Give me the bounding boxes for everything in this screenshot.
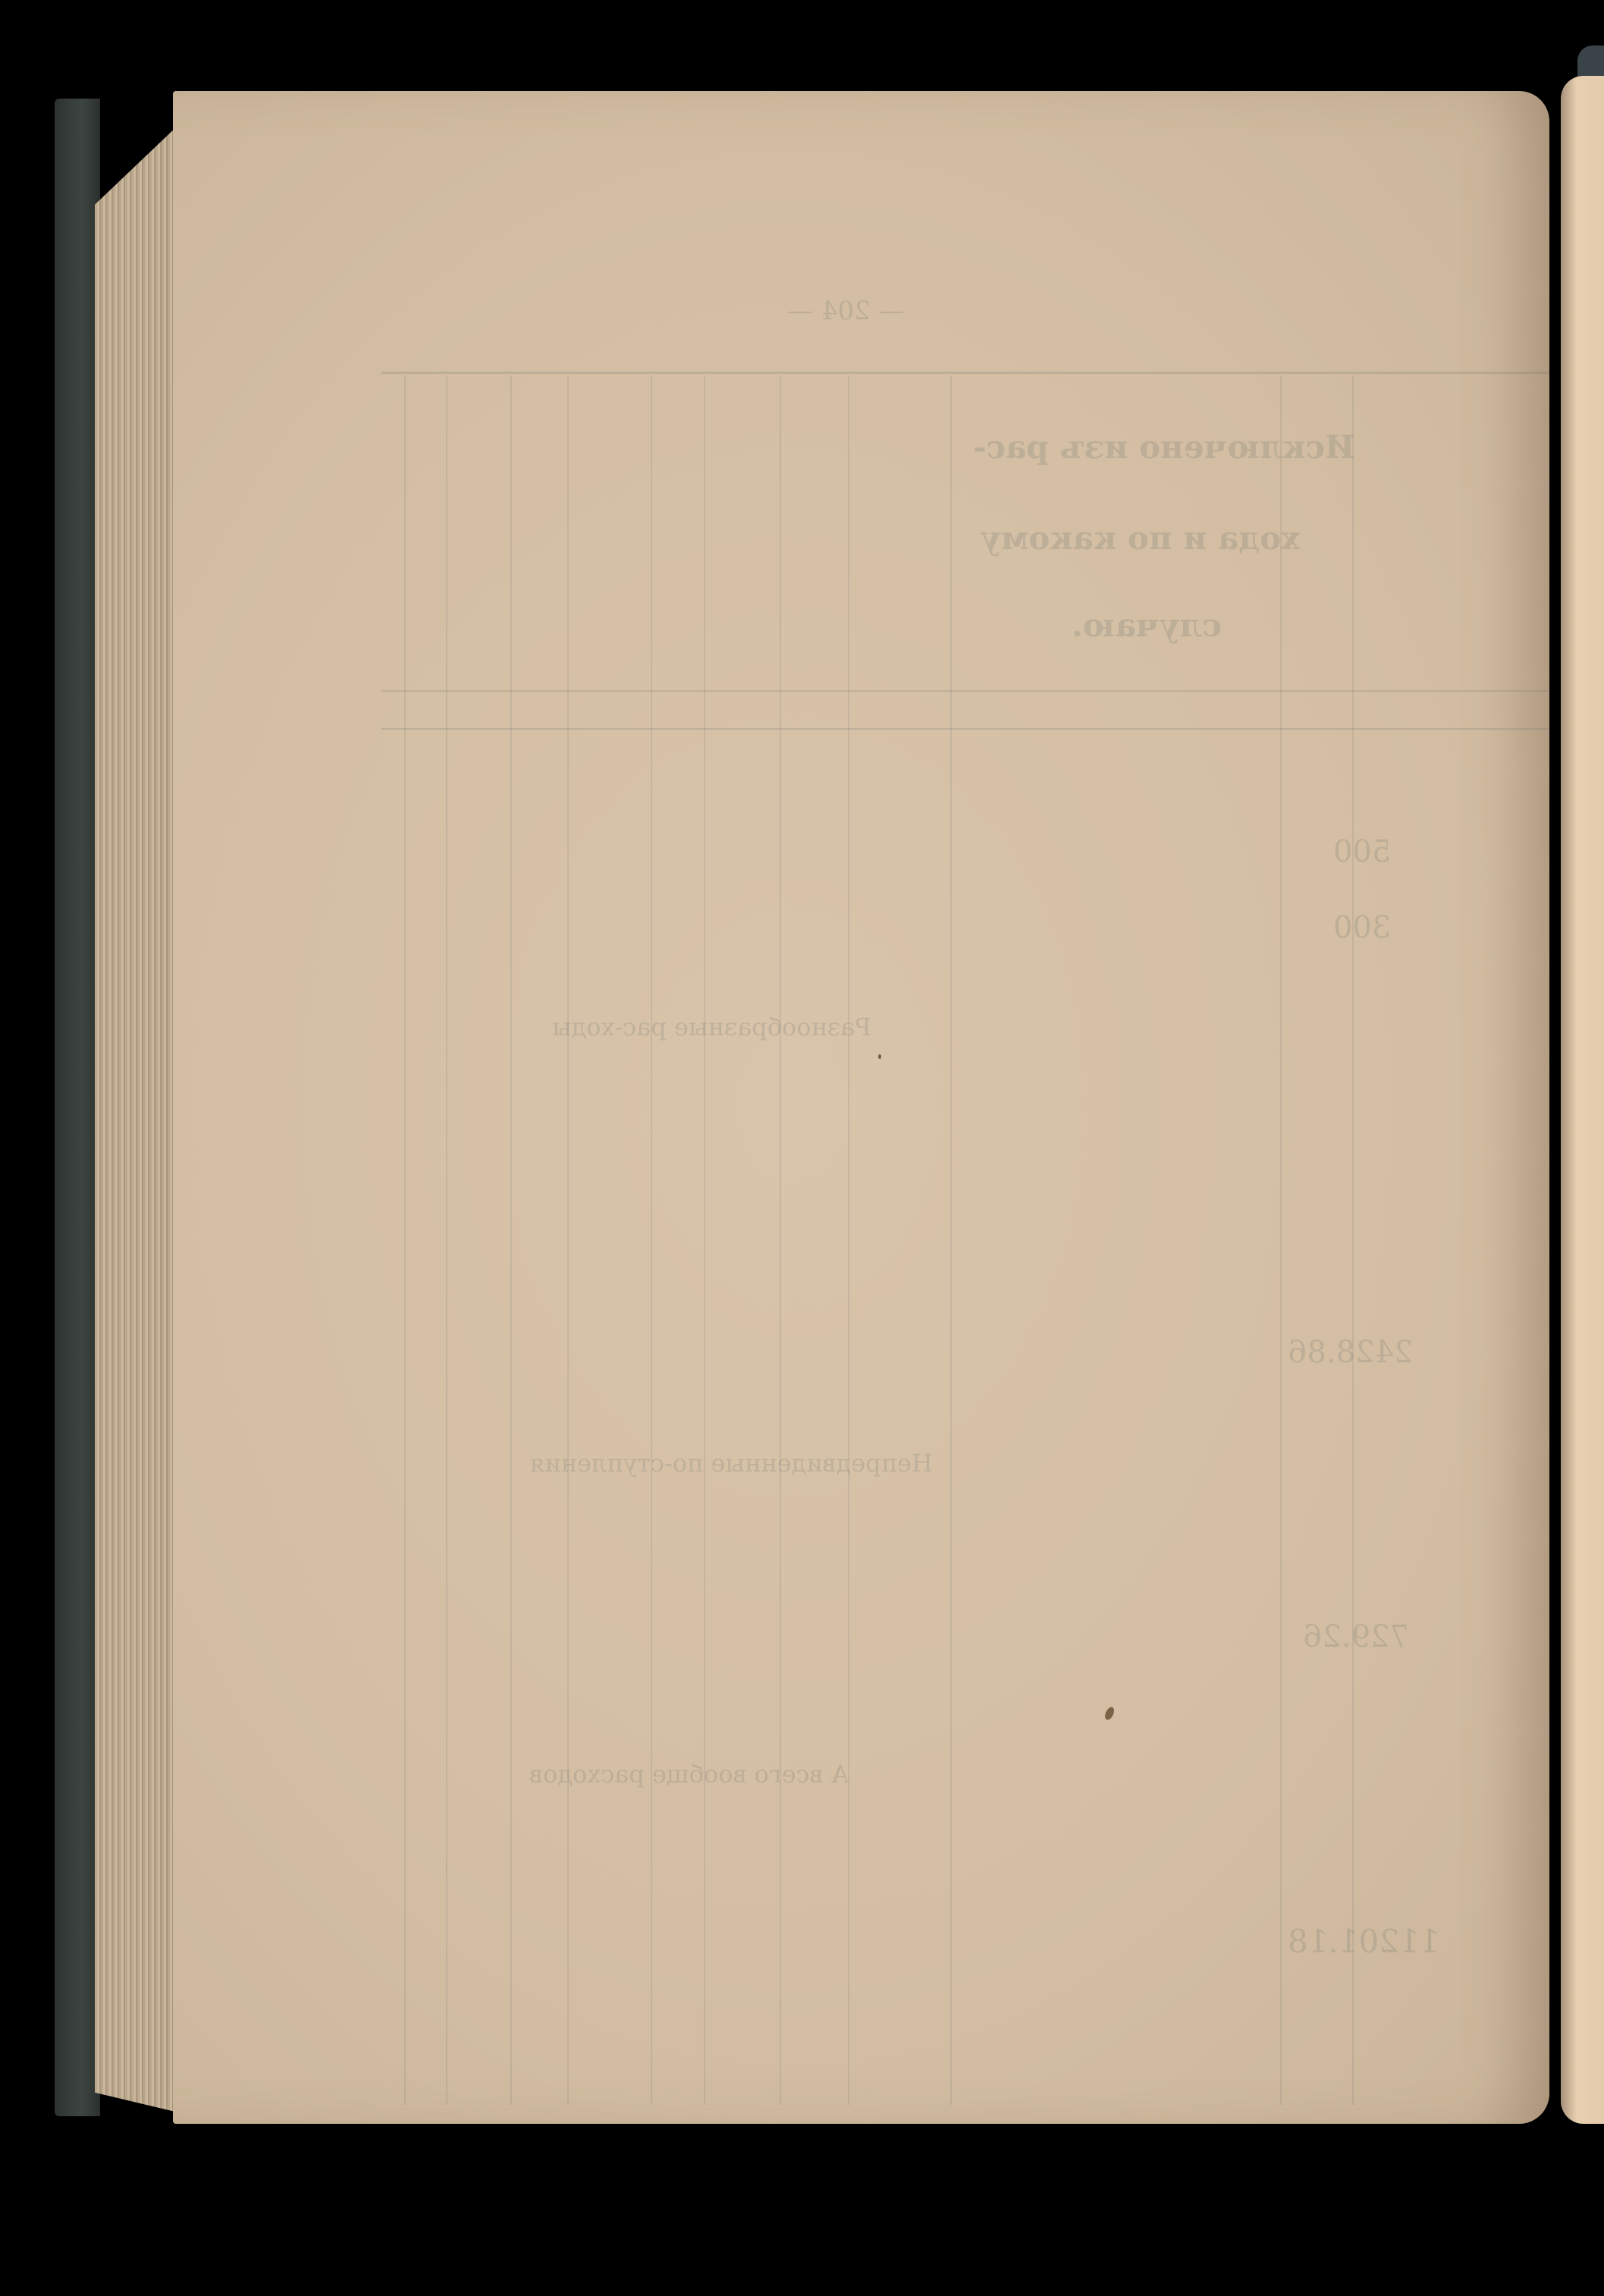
ghost-number: 2428.86 (1288, 1335, 1413, 1370)
ghost-body-text: Непредвиденные по-ступления (529, 1449, 933, 1478)
ghost-body-text: Разнообразные рас-ходы (552, 1013, 871, 1041)
paper-speck (878, 1054, 881, 1059)
ghost-col-rule (1352, 375, 1354, 2105)
ghost-page-number: — 204 — (787, 296, 905, 326)
ghost-col-rule (1280, 375, 1282, 2105)
ghost-header-bottom-rule (381, 690, 1549, 692)
ghost-number: 11201.18 (1288, 1923, 1439, 1960)
ghost-header-line: случаю. (1072, 607, 1222, 644)
ghost-col-rule (567, 375, 569, 2105)
next-page-edge (1561, 76, 1604, 2124)
ghost-col-rule (848, 375, 849, 2105)
paper-speck (1103, 1706, 1116, 1722)
ghost-col-rule (651, 375, 652, 2105)
ghost-number: 300 (1333, 910, 1391, 945)
ghost-header-line: Исключено изъ рас- (973, 429, 1355, 466)
ghost-col-rule (404, 375, 406, 2105)
page-edges (95, 125, 178, 2112)
ghost-number: 729.26 (1303, 1619, 1409, 1654)
ghost-table-top-rule (381, 372, 1549, 374)
ghost-col-rule (780, 375, 781, 2105)
ghost-col-rule (446, 375, 447, 2105)
book-cover-left (55, 99, 100, 2116)
ghost-body-text: А всего вообще расходов (529, 1760, 849, 1789)
ghost-col-rule (950, 375, 952, 2105)
ghost-header-line: хода и по какому (981, 520, 1300, 557)
ghost-col-rule (704, 375, 705, 2105)
ghost-number: 500 (1333, 834, 1391, 869)
book-page: — 204 — Исключено изъ рас- хода и по как… (173, 91, 1549, 2124)
ghost-units-rule (381, 728, 1549, 730)
ghost-col-rule (510, 375, 512, 2105)
